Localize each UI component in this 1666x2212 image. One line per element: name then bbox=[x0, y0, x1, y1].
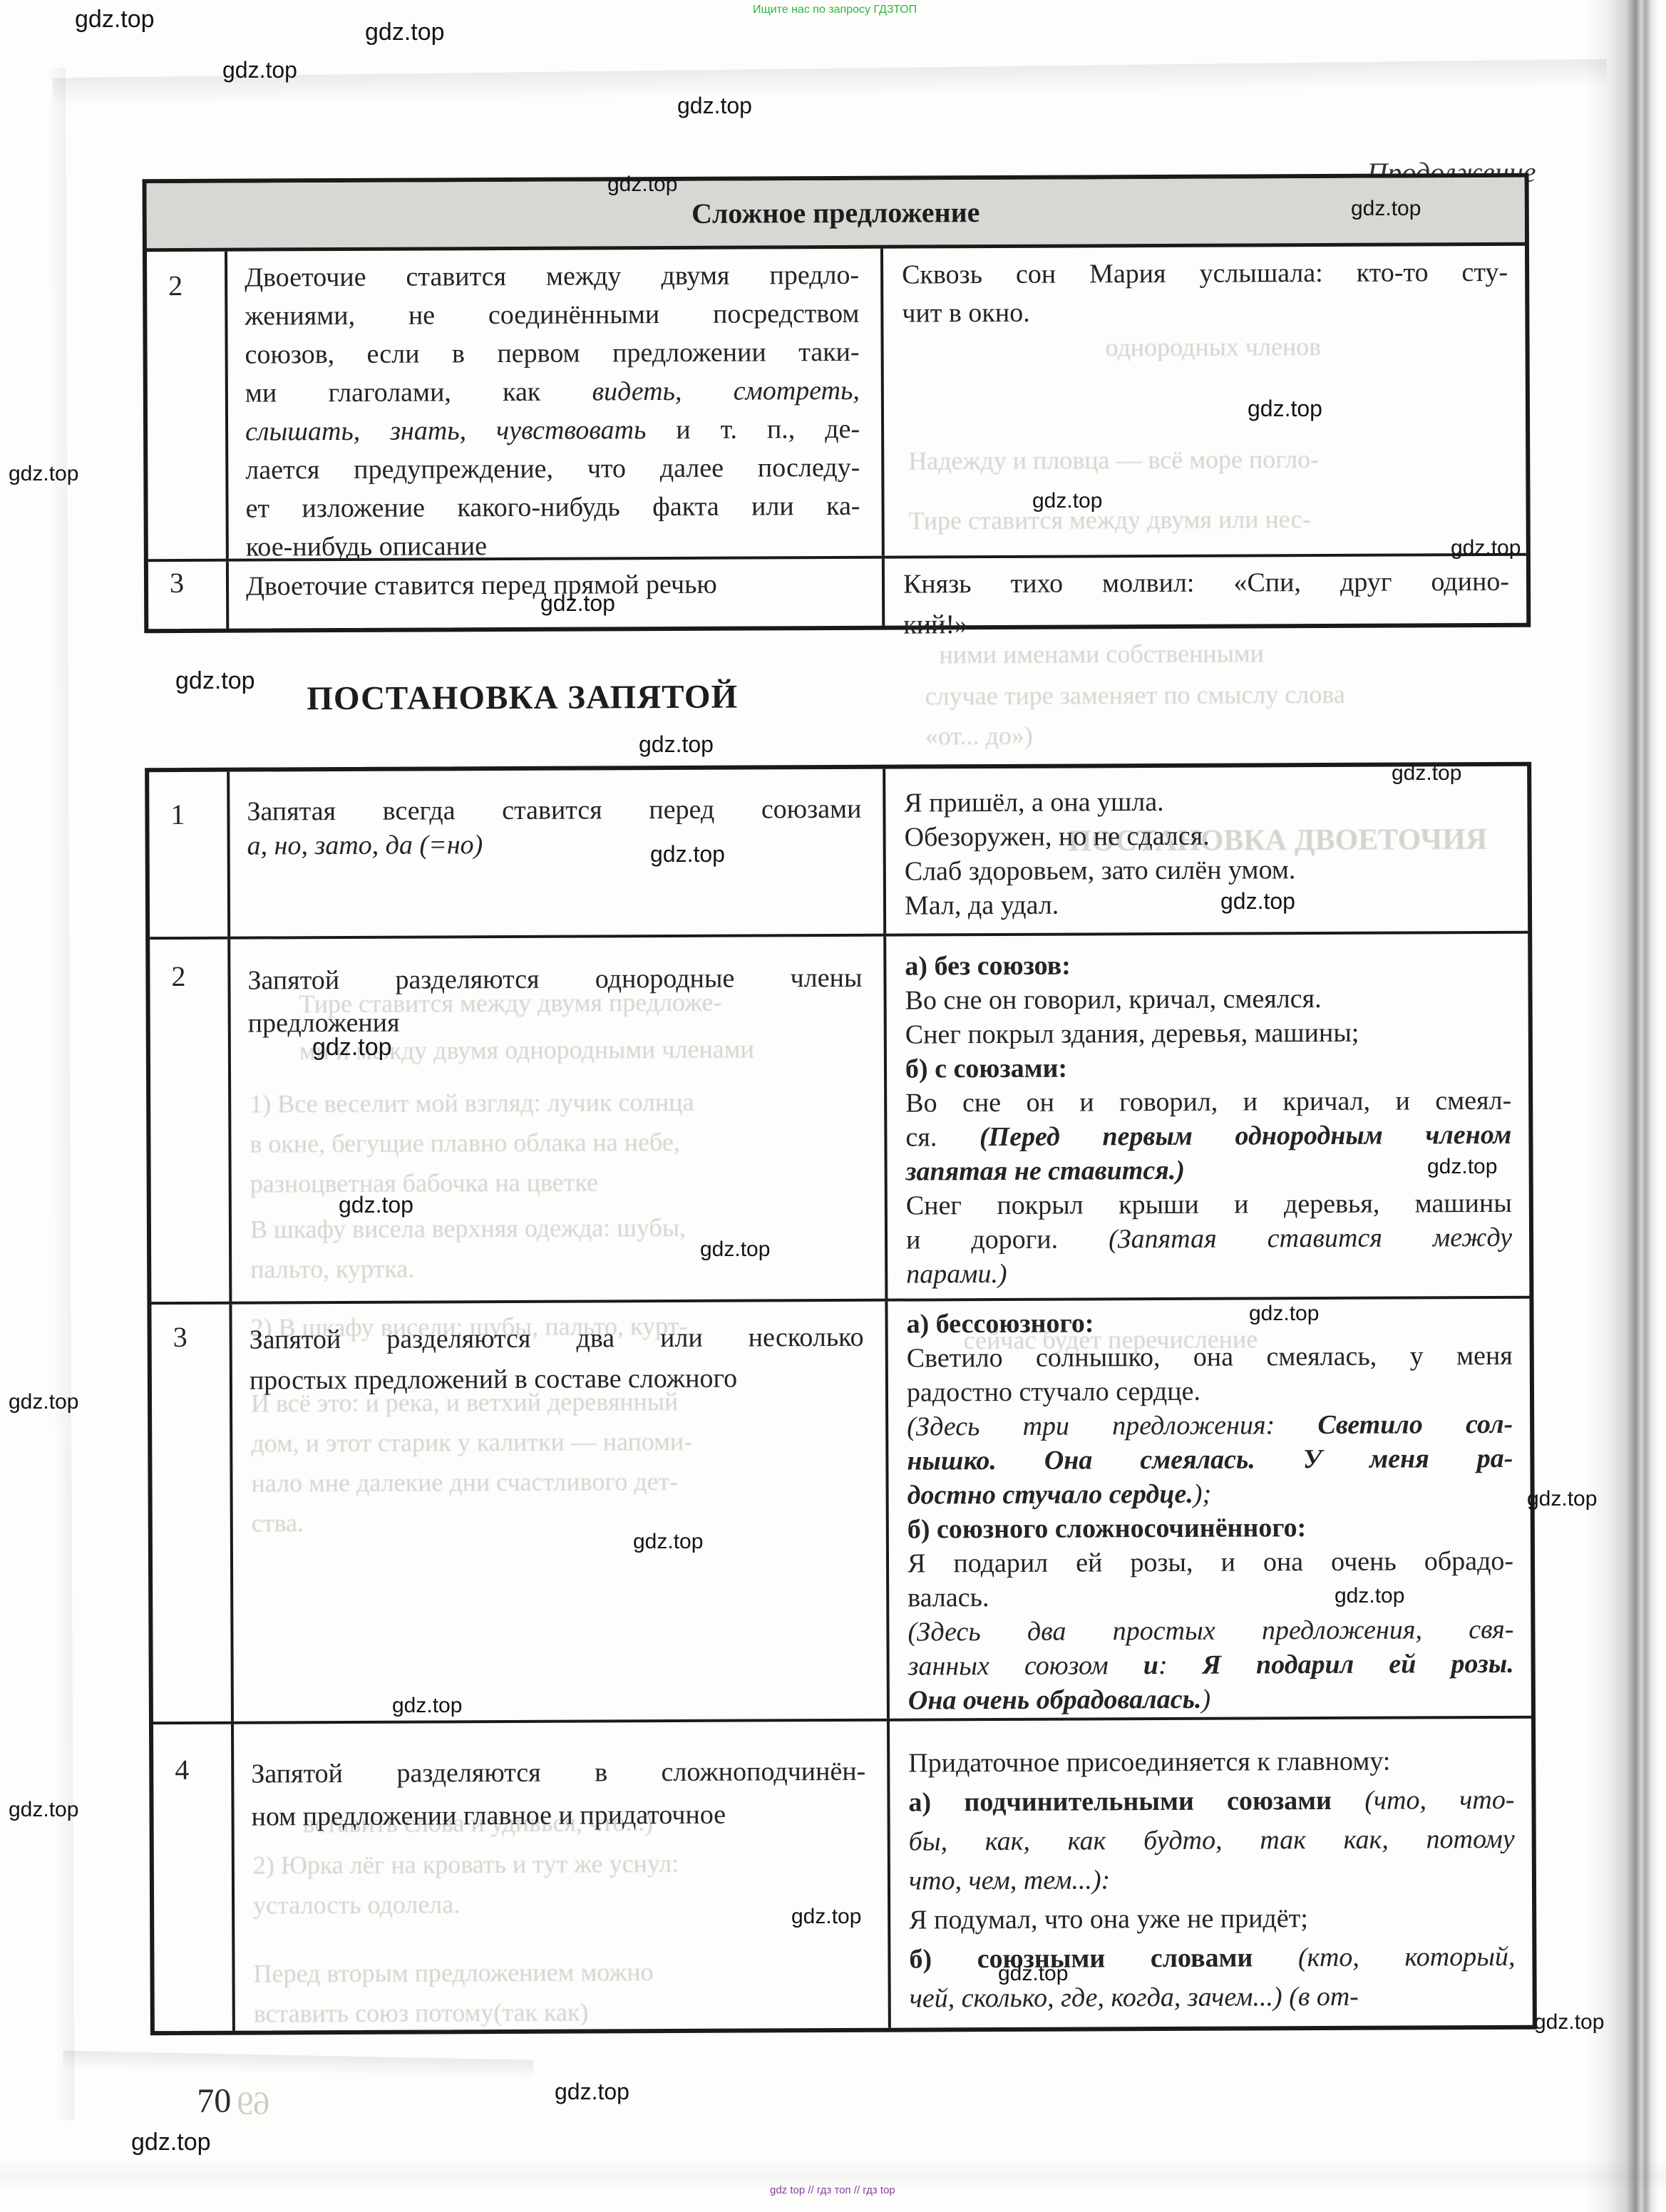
text-line: ет изложение какого-нибудь факта или ка- bbox=[245, 487, 860, 528]
text-line: Запятой разделяются два или несколько bbox=[250, 1317, 864, 1361]
text-line: и дороги. (Запятая ставится между bbox=[906, 1220, 1512, 1257]
rule-cell: Двоеточие ставится между двумя предло-же… bbox=[227, 249, 885, 559]
text-line: что, чем, тем...): bbox=[909, 1859, 1515, 1901]
gdz-watermark: gdz.top bbox=[9, 1798, 78, 1822]
text-line: Она очень обрадовалась.) bbox=[908, 1681, 1514, 1718]
gdz-watermark: gdz.top bbox=[1248, 396, 1322, 422]
gdz-watermark: gdz.top bbox=[1220, 888, 1295, 915]
gdz-watermark: gdz.top bbox=[339, 1192, 413, 1218]
text-line: Мал, да удал. bbox=[905, 886, 1511, 923]
text-line: Запятой разделяются однородные члены bbox=[247, 957, 862, 1002]
text-line: Придаточное присоединяется к главному: bbox=[908, 1742, 1514, 1784]
text-line: а, но, зато, да (=но) bbox=[247, 826, 862, 863]
text-line: достно стучало сердце.); bbox=[907, 1476, 1513, 1513]
text-line: нышко. Она смеялась. У меня ра- bbox=[907, 1441, 1513, 1478]
text-line: Светило солнышко, она смеялась, у меня bbox=[907, 1339, 1513, 1376]
table-row: 2 Запятой разделяются однородные членыпр… bbox=[150, 931, 1529, 1302]
text-line: союзов, если в первом предложении таки- bbox=[245, 333, 860, 374]
gdz-watermark: gdz.top bbox=[1451, 536, 1521, 560]
gdz-watermark: gdz.top bbox=[222, 57, 297, 83]
text-line: простых предложений в составе сложного bbox=[250, 1358, 864, 1401]
text-line: (Здесь два простых предложения, свя- bbox=[907, 1612, 1513, 1650]
text-line: Снег покрыл крыши и деревья, машины bbox=[906, 1186, 1512, 1223]
gdz-watermark: gdz.top bbox=[312, 1034, 392, 1061]
example-cell: Сквозь сон Мария услышала: кто-то сту-чи… bbox=[883, 246, 1526, 556]
text-line: бы, как, как будто, так как, потому bbox=[909, 1820, 1515, 1862]
text-line: Обезоружен, но не сдался. bbox=[904, 818, 1510, 855]
row-number-cell: 2 bbox=[147, 252, 229, 559]
rule-cell: Запятой разделяются два или несколькопро… bbox=[232, 1302, 890, 1722]
text-line: валась. bbox=[907, 1578, 1513, 1615]
gdz-watermark: gdz.top bbox=[555, 2079, 629, 2105]
promo-note: Ищите нас по запросу ГДЗТОП bbox=[753, 4, 917, 16]
text-line: б) союзного сложносочинённого: bbox=[907, 1510, 1513, 1547]
gdz-watermark: gdz.top bbox=[9, 1390, 78, 1414]
rule-cell: Запятой разделяются однородные членыпред… bbox=[230, 937, 888, 1302]
gdz-watermark: gdz.top bbox=[639, 731, 714, 758]
section-heading: ПОСТАНОВКА ЗАПЯТОЙ bbox=[145, 677, 900, 719]
gdz-watermark: gdz.top bbox=[1427, 1155, 1497, 1179]
example-cell: Я пришёл, а она ушла.Обезоружен, но не с… bbox=[885, 766, 1528, 934]
gdz-watermark: gdz.top bbox=[1249, 1302, 1319, 1326]
gdz-watermark: gdz.top bbox=[1335, 1584, 1404, 1608]
text-line: Двоеточие ставится между двумя предло- bbox=[245, 256, 859, 297]
text-line: парами.) bbox=[906, 1255, 1512, 1292]
text-line: кий!» bbox=[903, 602, 1509, 646]
table-row: 1 Запятая всегда ставится перед союзамиа… bbox=[149, 766, 1528, 937]
text-line: ся. (Перед первым однородным членом bbox=[905, 1118, 1511, 1155]
text-line: б) с союзами: bbox=[905, 1049, 1511, 1086]
text-line: Снег покрыл здания, деревья, машины; bbox=[905, 1015, 1511, 1052]
gdz-watermark: gdz.top bbox=[677, 93, 752, 119]
text-line: занных союзом и: Я подарил ей розы. bbox=[908, 1647, 1514, 1684]
table1-header: Сложное предложение bbox=[147, 178, 1525, 252]
gdz-watermark: gdz.top bbox=[1351, 197, 1421, 221]
text-line: жениями, не соединёнными посредством bbox=[245, 294, 859, 336]
bleed-text: случае тире заменяет по смыслу слова bbox=[925, 679, 1345, 711]
text-line: а) без союзов: bbox=[905, 947, 1511, 984]
gdz-watermark: gdz.top bbox=[175, 667, 255, 695]
example-cell: а) без союзов:Во сне он говорил, кричал,… bbox=[886, 934, 1529, 1299]
text-line: запятая не ставится.) bbox=[906, 1152, 1512, 1189]
text-line: Запятой разделяются в сложноподчинён- bbox=[251, 1750, 865, 1796]
gdz-watermark: gdz.top bbox=[392, 1694, 462, 1718]
table-complex-sentence: Сложное предложение 2 Двоеточие ставится… bbox=[143, 173, 1531, 633]
page-number-ghost: 69 bbox=[237, 2084, 269, 2121]
text-line: чит в окно. bbox=[902, 292, 1508, 333]
row-number-cell: 3 bbox=[151, 1305, 234, 1722]
gdz-watermark: gdz.top bbox=[540, 590, 615, 617]
text-line: Запятая всегда ставится перед союзами bbox=[247, 792, 861, 829]
gdz-watermark: gdz.top bbox=[650, 841, 725, 868]
text-line: лается предупреждение, что далее последу… bbox=[245, 448, 860, 490]
page-number: 70 bbox=[197, 2082, 231, 2121]
gdz-watermark: gdz.top bbox=[1534, 2010, 1604, 2034]
text-line: ном предложении главное и придаточное bbox=[251, 1793, 865, 1838]
gdz-watermark: gdz.top bbox=[1527, 1487, 1597, 1511]
gdz-watermark: gdz.top bbox=[1032, 489, 1102, 513]
text-line: ми глаголами, как видеть, смотреть, bbox=[245, 371, 860, 413]
table-comma-placement: 1 Запятая всегда ставится перед союзамиа… bbox=[145, 762, 1537, 2035]
footer-note: gdz top // гдз топ // гдз top bbox=[770, 2184, 895, 2196]
gdz-watermark: gdz.top bbox=[700, 1238, 770, 1262]
gdz-watermark: gdz.top bbox=[1392, 761, 1461, 786]
example-cell: Придаточное присоединяется к главному:а)… bbox=[890, 1719, 1533, 2028]
row-number-cell: 1 bbox=[149, 772, 230, 937]
scan-content: однородных членовНадежду и пловца — всё … bbox=[0, 0, 1666, 2212]
text-line: Сквозь сон Мария услышала: кто-то сту- bbox=[902, 253, 1508, 294]
row-number-cell: 4 bbox=[153, 1724, 235, 2031]
rule-cell: Запятой разделяются в сложноподчинён-ном… bbox=[234, 1722, 891, 2031]
text-line: Слаб здоровьем, зато силён умом. bbox=[905, 852, 1511, 889]
scanned-page: однородных членовНадежду и пловца — всё … bbox=[0, 0, 1666, 2212]
row-number-cell: 2 bbox=[150, 940, 232, 1302]
text-line: (Здесь три предложения: Светило сол- bbox=[907, 1407, 1513, 1444]
text-line: Во сне он и говорил, и кричал, и смеял- bbox=[905, 1084, 1511, 1121]
gdz-watermark: gdz.top bbox=[75, 6, 155, 34]
text-line: Я подарил ей розы, и она очень обрадо- bbox=[907, 1544, 1513, 1581]
page-curl-shadow bbox=[1584, 0, 1661, 2212]
text-line: Я пришёл, а она ушла. bbox=[904, 783, 1510, 821]
bottom-left-page-edge bbox=[63, 2051, 533, 2079]
table-row: 4 Запятой разделяются в сложноподчинён-н… bbox=[153, 1716, 1533, 2031]
example-cell: Князь тихо молвил: «Спи, друг одино-кий!… bbox=[885, 556, 1526, 626]
text-line: а) подчинительными союзами (что, что- bbox=[908, 1781, 1514, 1823]
text-line: Я подумал, что она уже не придёт; bbox=[909, 1898, 1515, 1940]
rule-cell: Запятая всегда ставится перед союзамиа, … bbox=[230, 769, 886, 937]
table-row: 3 Двоеточие ставится перед прямой речью … bbox=[148, 553, 1526, 629]
gdz-watermark: gdz.top bbox=[998, 1962, 1068, 1986]
gdz-watermark: gdz.top bbox=[633, 1530, 703, 1554]
text-line: радостно стучало сердце. bbox=[907, 1373, 1513, 1410]
text-line: а) бессоюзного: bbox=[906, 1305, 1512, 1342]
bleed-text: «от... до») bbox=[925, 721, 1033, 751]
example-cell: а) бессоюзного:Светило солнышко, она сме… bbox=[888, 1299, 1531, 1719]
gdz-watermark: gdz.top bbox=[791, 1905, 861, 1929]
gdz-watermark: gdz.top bbox=[607, 173, 677, 197]
row-number-cell: 3 bbox=[148, 562, 229, 629]
gdz-watermark: gdz.top bbox=[365, 19, 445, 46]
table-row: 3 Запятой разделяются два или несколькоп… bbox=[151, 1296, 1531, 1722]
text-line: слышать, знать, чувствовать и т. п., де- bbox=[245, 410, 860, 451]
text-line: Во сне он говорил, кричал, смеялся. bbox=[905, 981, 1511, 1018]
gdz-watermark: gdz.top bbox=[131, 2129, 211, 2156]
text-line: Князь тихо молвил: «Спи, друг одино- bbox=[903, 562, 1509, 605]
gdz-watermark: gdz.top bbox=[9, 462, 78, 486]
